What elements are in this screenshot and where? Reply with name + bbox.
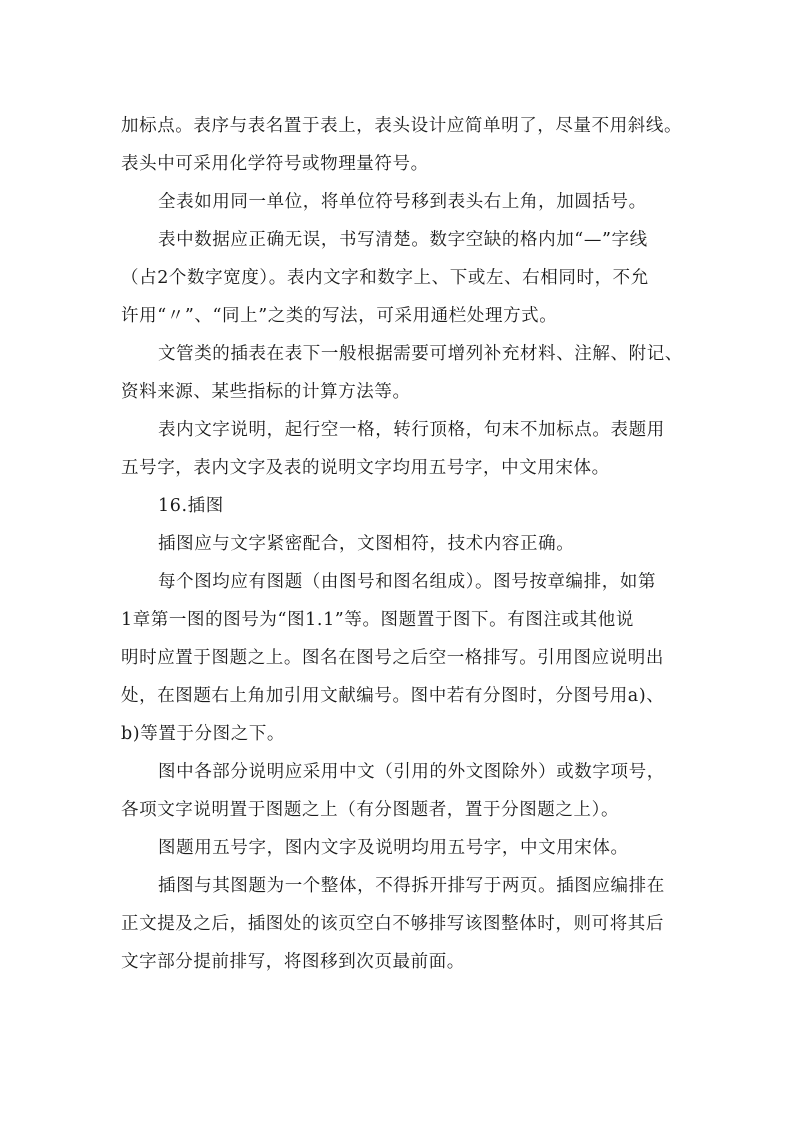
text-line: 插图与其图题为一个整体，不得拆开排写于两页。插图应编排在 [158,874,665,898]
text-line: 处，在图题右上角加引用文献编号。图中若有分图时，分图号用a)、 [121,684,664,708]
text-line: 文管类的插表在表下一般根据需要可增列补充材料、注解、附记、 [158,342,683,366]
text-line: 表中数据应正确无误，书写清楚。数字空缺的格内加“—”字线 [158,228,648,252]
text-line: 五号字，表内文字及表的说明文字均用五号字，中文用宋体。 [121,456,610,480]
text-line: 各项文字说明置于图题之上（有分图题者，置于分图题之上）。 [121,798,619,822]
text-line: 图题用五号字，图内文字及说明均用五号字，中文用宋体。 [158,836,629,860]
section-heading: 16.插图 [158,494,224,518]
text-line: 全表如用同一单位，将单位符号移到表头右上角，加圆括号。 [158,190,647,214]
text-line: 明时应置于图题之上。图名在图号之后空一格排写。引用图应说明出 [121,646,664,670]
text-line: 每个图均应有图题（由图号和图名组成）。图号按章编排，如第 [158,570,656,594]
text-line: 表内文字说明，起行空一格，转行顶格，句末不加标点。表题用 [158,418,665,442]
text-line: 加标点。表序与表名置于表上，表头设计应简单明了，尽量不用斜线。 [121,114,682,138]
text-line: b)等置于分图之下。 [121,722,285,746]
text-line: 插图应与文字紧密配合，文图相符，技术内容正确。 [158,532,574,556]
text-line: 表头中可采用化学符号或物理量符号。 [121,152,429,176]
text-line: 图中各部分说明应采用中文（引用的外文图除外）或数字项号， [158,760,665,784]
text-line: 1章第一图的图号为“图1.1”等。图题置于图下。有图注或其他说 [121,608,634,632]
text-line: （占2个数字宽度）。表内文字和数字上、下或左、右相同时，不允 [121,266,649,290]
text-line: 文字部分提前排写，将图移到次页最前面。 [121,950,465,974]
text-line: 许用“〃”、“同上”之类的写法，可采用通栏处理方式。 [121,304,557,328]
text-line: 正文提及之后，插图处的该页空白不够排写该图整体时，则可将其后 [121,912,664,936]
text-line: 资料来源、某些指标的计算方法等。 [121,380,411,404]
